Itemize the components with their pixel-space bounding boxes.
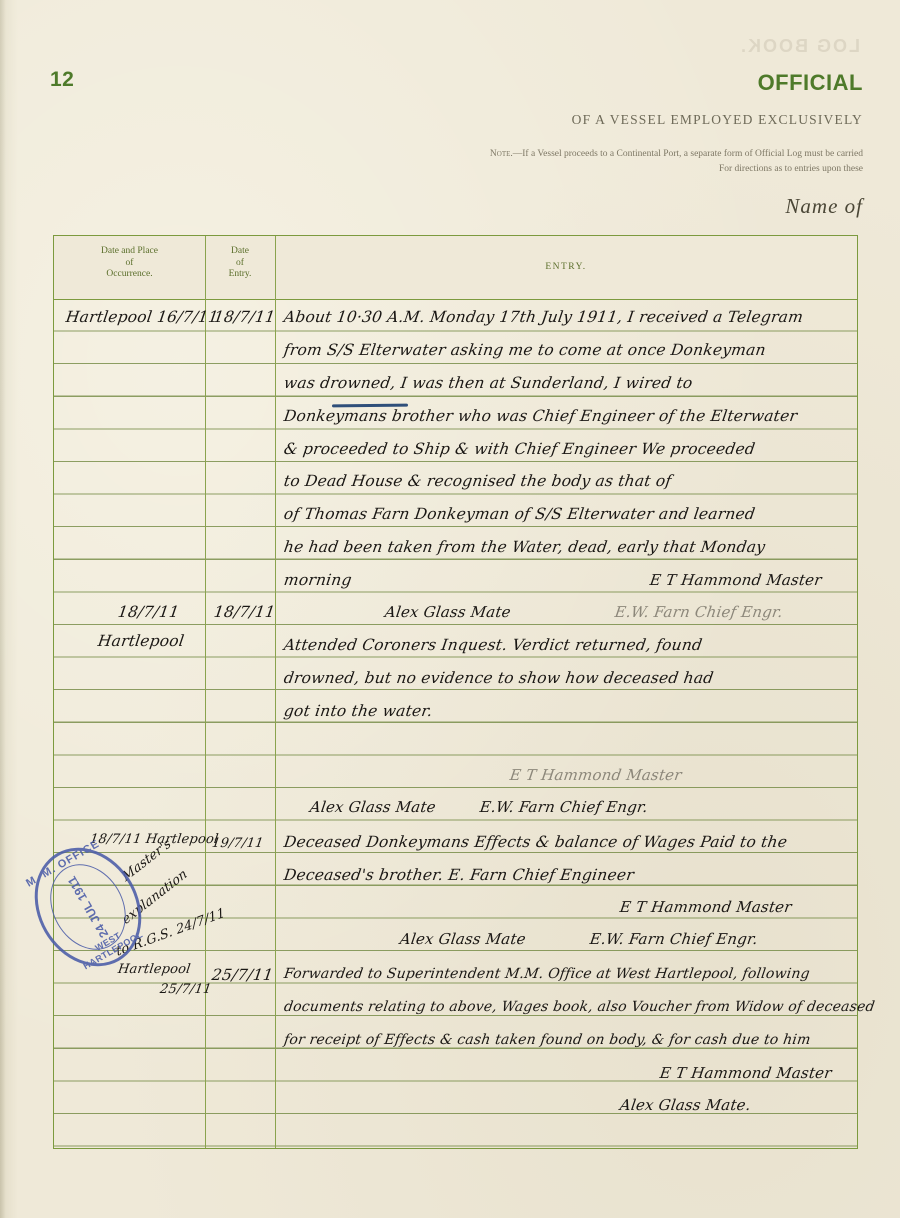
header-text: Date (205, 246, 275, 258)
page-subtitle: OF A VESSEL EMPLOYED EXCLUSIVELY (572, 112, 863, 128)
signature-master: E T Hammond Master (509, 766, 683, 784)
entry-1-line: & proceeded to Ship & with Chief Enginee… (283, 440, 757, 458)
entry-3-date: 19/7/11 (211, 836, 265, 851)
note-line-1: Note.—If a Vessel proceeds to a Continen… (490, 149, 863, 159)
entry-1-line: morning (283, 571, 353, 589)
entry-1-line: he had been taken from the Water, dead, … (283, 538, 767, 556)
entry-3-line: Deceased Donkeymans Effects & balance of… (283, 833, 789, 851)
signature-mate: Alex Glass Mate (309, 798, 437, 816)
signature-chief-engineer: E.W. Farn Chief Engr. (614, 603, 784, 621)
header-entry-date: Date of Entry. (205, 246, 275, 281)
entry-2-occurrence-place: Hartlepool (97, 632, 186, 650)
note-line-2: For directions as to entries upon these (719, 164, 863, 174)
entry-4-line: for receipt of Effects & cash taken foun… (283, 1032, 812, 1048)
header-text: Occurrence. (54, 269, 205, 281)
entry-1-line: About 10·30 A.M. Monday 17th July 1911, … (283, 308, 805, 326)
entry-2-line: drowned, but no evidence to show how dec… (283, 669, 715, 687)
entry-1-date: 18/7/11 (213, 308, 277, 326)
entry-1-line: to Dead House & recognised the body as t… (283, 472, 673, 490)
entry-1-occurrence: Hartlepool 16/7/11 (65, 308, 220, 326)
entry-4-occurrence-date: 25/7/11 (159, 982, 213, 997)
header-entry: ENTRY. (275, 262, 857, 274)
note-label: Note. (490, 149, 513, 159)
entry-2-line: got into the water. (283, 702, 434, 720)
vessel-name-label: Name of (785, 194, 863, 219)
signature-mate: Alex Glass Mate. (619, 1096, 752, 1114)
entry-1-line: Donkeymans brother who was Chief Enginee… (283, 407, 799, 425)
note-text: —If a Vessel proceeds to a Continental P… (513, 149, 863, 159)
entry-4-date: 25/7/11 (211, 966, 275, 984)
header-text: Entry. (205, 269, 275, 281)
signature-master: E T Hammond Master (619, 898, 793, 916)
header-occurrence: Date and Place of Occurrence. (54, 246, 205, 281)
entry-4-line: Forwarded to Superintendent M.M. Office … (283, 966, 811, 982)
entry-1-line: was drowned, I was then at Sunderland, I… (283, 374, 694, 392)
signature-chief-engineer: E.W. Farn Chief Engr. (589, 930, 759, 948)
entry-4-occurrence-place: Hartlepool (117, 962, 192, 977)
entry-3-line: Deceased's brother. E. Farn Chief Engine… (283, 866, 635, 884)
header-text: of (205, 258, 275, 270)
header-text: Date and Place (54, 246, 205, 258)
entry-1-line: from S/S Elterwater asking me to come at… (283, 341, 767, 359)
signature-mate: Alex Glass Mate (399, 930, 527, 948)
entry-2-line: Attended Coroners Inquest. Verdict retur… (283, 636, 704, 654)
column-divider (205, 236, 206, 1148)
entry-4-line: documents relating to above, Wages book,… (283, 999, 876, 1015)
page-title: OFFICIAL (758, 70, 863, 96)
entry-1-line: of Thomas Farn Donkeyman of S/S Elterwat… (283, 505, 757, 523)
signature-master: E T Hammond Master (649, 571, 823, 589)
signature-chief-engineer: E.W. Farn Chief Engr. (479, 798, 649, 816)
column-divider (275, 236, 276, 1148)
page-number: 12 (50, 68, 74, 92)
entry-2-occurrence-date: 18/7/11 (117, 603, 181, 621)
entry-2-date: 18/7/11 (213, 603, 277, 621)
signature-master: E T Hammond Master (659, 1064, 833, 1082)
header-text: of (54, 258, 205, 270)
bleed-through-mark: LOG BOOK. (739, 36, 860, 57)
signature-mate: Alex Glass Mate (384, 603, 512, 621)
